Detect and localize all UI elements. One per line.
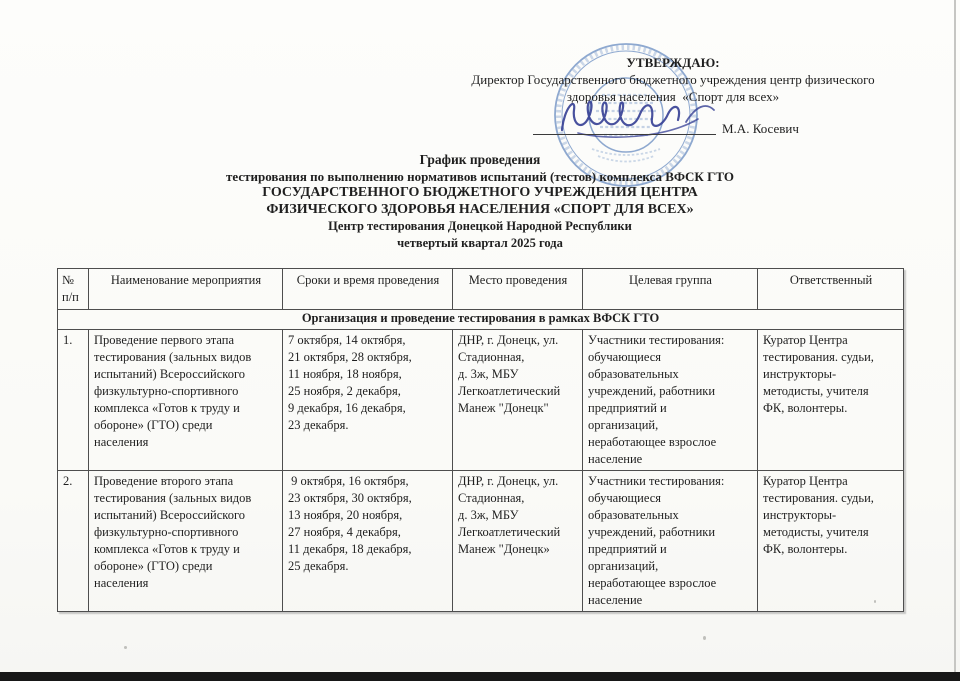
table-row: 2. Проведение второго этапа тестирования…: [58, 471, 904, 612]
signature-underline: [533, 118, 716, 135]
row-num: 1.: [58, 330, 89, 471]
approval-director-line2: здоровья населения «Спорт для всех»: [440, 88, 906, 105]
header-num: № п/п: [58, 269, 89, 310]
row-responsible: Куратор Центра тестирования. судьи, инст…: [758, 471, 904, 612]
section-title: Организация и проведение тестирования в …: [58, 310, 904, 330]
row-num: 2.: [58, 471, 89, 612]
row-target-group: Участники тестирования: обучающиеся обра…: [583, 330, 758, 471]
row-dates: 7 октября, 14 октября, 21 октября, 28 ок…: [283, 330, 453, 471]
approval-label: УТВЕРЖДАЮ:: [440, 54, 906, 71]
title-line-1: График проведения: [55, 151, 905, 168]
table-row: 1. Проведение первого этапа тестирования…: [58, 330, 904, 471]
scan-speck: [874, 600, 876, 603]
title-line-6: четвертый квартал 2025 года: [55, 234, 905, 253]
section-row: Организация и проведение тестирования в …: [58, 310, 904, 330]
table-header-row: № п/п Наименование мероприятия Сроки и в…: [58, 269, 904, 310]
row-place: ДНР, г. Донецк, ул. Стадионная, д. 3ж, М…: [453, 330, 583, 471]
scanned-document-page: УТВЕРЖДАЮ: Директор Государственного бюд…: [0, 0, 960, 681]
paper-right-edge: [954, 0, 956, 672]
row-responsible: Куратор Центра тестирования. судьи, инст…: [758, 330, 904, 471]
document-title-block: График проведения тестирования по выполн…: [55, 151, 905, 253]
title-line-5: Центр тестирования Донецкой Народной Рес…: [55, 218, 905, 234]
scan-bottom-edge: [0, 672, 960, 681]
header-place: Место проведения: [453, 269, 583, 310]
header-dates: Сроки и время проведения: [283, 269, 453, 310]
scan-speck: [124, 646, 127, 649]
title-line-4: ФИЗИЧЕСКОГО ЗДОРОВЬЯ НАСЕЛЕНИЯ «СПОРТ ДЛ…: [55, 201, 905, 218]
row-target-group: Участники тестирования: обучающиеся обра…: [583, 471, 758, 612]
header-target-group: Целевая группа: [583, 269, 758, 310]
header-event-name: Наименование мероприятия: [89, 269, 283, 310]
row-event-name: Проведение второго этапа тестирования (з…: [89, 471, 283, 612]
schedule-table: № п/п Наименование мероприятия Сроки и в…: [57, 268, 904, 612]
row-place: ДНР, г. Донецк, ул. Стадионная, д. 3ж, М…: [453, 471, 583, 612]
header-responsible: Ответственный: [758, 269, 904, 310]
row-event-name: Проведение первого этапа тестирования (з…: [89, 330, 283, 471]
title-line-2: тестирования по выполнению нормативов ис…: [55, 168, 905, 185]
title-line-3: ГОСУДАРСТВЕННОГО БЮДЖЕТНОГО УЧРЕЖДЕНИЯ Ц…: [55, 185, 905, 201]
signatory-name: М.А. Косевич: [722, 121, 799, 137]
scan-speck: [703, 636, 706, 640]
approval-director-line1: Директор Государственного бюджетного учр…: [440, 71, 906, 88]
row-dates: 9 октября, 16 октября, 23 октября, 30 ок…: [283, 471, 453, 612]
approval-block: УТВЕРЖДАЮ: Директор Государственного бюд…: [440, 54, 906, 105]
